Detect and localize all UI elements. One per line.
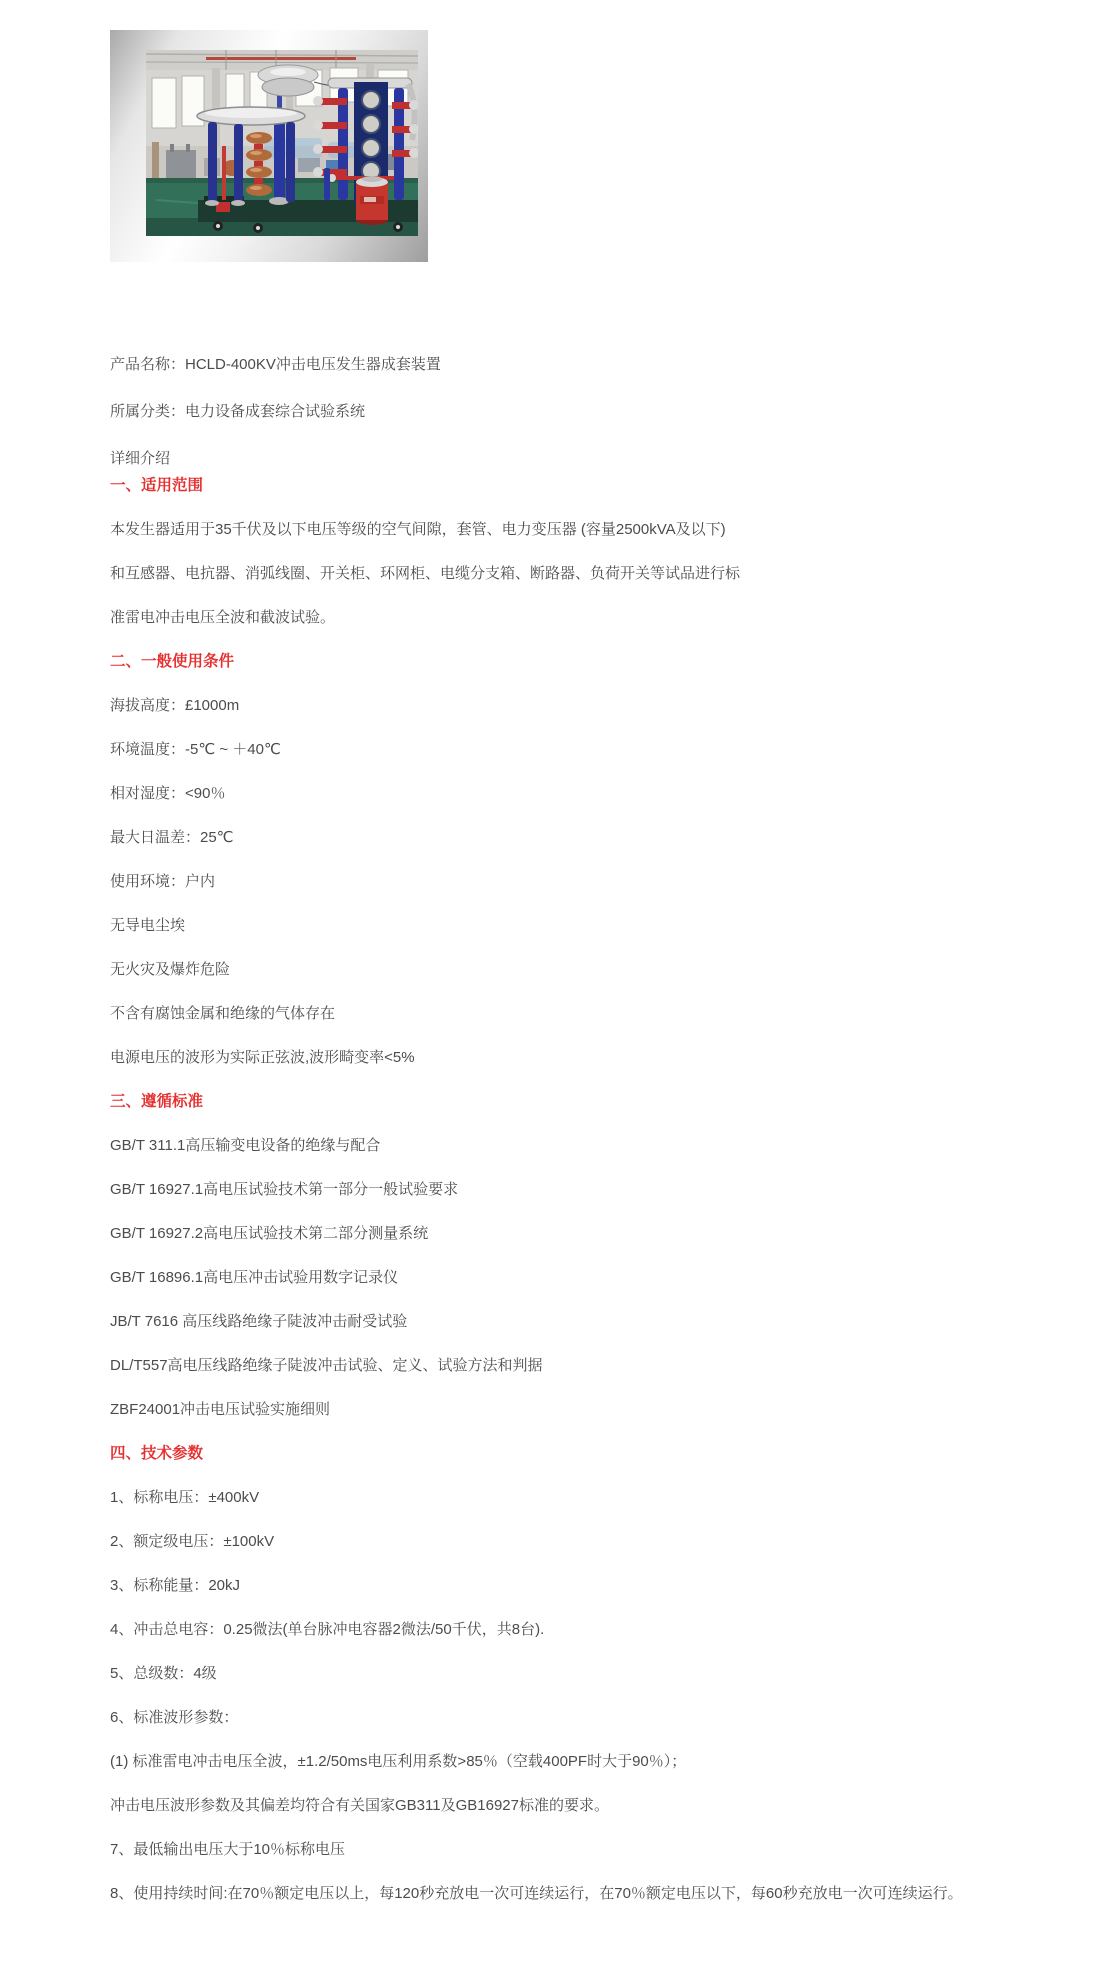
paragraph: JB/T 7616 高压线路绝缘子陡波冲击耐受试验 [110, 1313, 1119, 1331]
paragraph: GB/T 311.1高压输变电设备的绝缘与配合 [110, 1137, 1119, 1155]
paragraph: 5、总级数：4级 [110, 1665, 1119, 1683]
paragraph: (1) 标准雷电冲击电压全波，±1.2/50ms电压利用系数>85％（空载400… [110, 1753, 1119, 1771]
paragraph: 1、标称电压：±400kV [110, 1489, 1119, 1507]
paragraph: 7、最低输出电压大于10％标称电压 [110, 1841, 1119, 1859]
paragraph: 6、标准波形参数： [110, 1709, 1119, 1727]
section-standards: 三、遵循标准 GB/T 311.1高压输变电设备的绝缘与配合 GB/T 1692… [110, 1093, 1119, 1419]
product-detail-page: 产品名称：HCLD-400KV冲击电压发生器成套装置 所属分类：电力设备成套综合… [0, 0, 1119, 1982]
section-title: 一、适用范围 [110, 477, 1119, 495]
paragraph: 最大日温差：25℃ [110, 829, 1119, 847]
section-parameters: 四、技术参数 1、标称电压：±400kV 2、额定级电压：±100kV 3、标称… [110, 1445, 1119, 1903]
paragraph: 3、标称能量：20kJ [110, 1577, 1119, 1595]
paragraph: 环境温度：-5℃ ~ ＋40℃ [110, 741, 1119, 759]
paragraph: 4、冲击总电容：0.25微法(单台脉冲电容器2微法/50千伏，共8台). [110, 1621, 1119, 1639]
paragraph: 电源电压的波形为实际正弦波,波形畸变率<5% [110, 1049, 1119, 1067]
paragraph: DL/T557高电压线路绝缘子陡波冲击试验、定义、试验方法和判据 [110, 1357, 1119, 1375]
category-line: 所属分类：电力设备成套综合试验系统 [110, 403, 1119, 421]
paragraph: 准雷电冲击电压全波和截波试验。 [110, 609, 1119, 627]
product-name-line: 产品名称：HCLD-400KV冲击电压发生器成套装置 [110, 356, 1119, 374]
section-title: 四、技术参数 [110, 1445, 1119, 1463]
product-photo [146, 50, 418, 236]
paragraph: GB/T 16927.1高电压试验技术第一部分一般试验要求 [110, 1181, 1119, 1199]
paragraph: 相对湿度：<90％ [110, 785, 1119, 803]
paragraph: 8、使用持续时间:在70％额定电压以上，每120秒充放电一次可连续运行，在70％… [110, 1885, 1119, 1903]
paragraph: 海拔高度：£1000m [110, 697, 1119, 715]
paragraph: ZBF24001冲击电压试验实施细则 [110, 1401, 1119, 1419]
paragraph: 冲击电压波形参数及其偏差均符合有关国家GB311及GB16927标准的要求。 [110, 1797, 1119, 1815]
detail-intro-label: 详细介绍 [110, 450, 1119, 468]
paragraph: 无导电尘埃 [110, 917, 1119, 935]
section-conditions: 二、一般使用条件 海拔高度：£1000m 环境温度：-5℃ ~ ＋40℃ 相对湿… [110, 653, 1119, 1067]
section-title: 二、一般使用条件 [110, 653, 1119, 671]
paragraph: 不含有腐蚀金属和绝缘的气体存在 [110, 1005, 1119, 1023]
product-photo-frame [110, 30, 428, 262]
paragraph: 无火灾及爆炸危险 [110, 961, 1119, 979]
paragraph: GB/T 16896.1高电压冲击试验用数字记录仪 [110, 1269, 1119, 1287]
paragraph: 使用环境：户内 [110, 873, 1119, 891]
paragraph: 本发生器适用于35千伏及以下电压等级的空气间隙，套管、电力变压器 (容量2500… [110, 521, 1119, 539]
section-scope: 一、适用范围 本发生器适用于35千伏及以下电压等级的空气间隙，套管、电力变压器 … [110, 477, 1119, 627]
paragraph: 和互感器、电抗器、消弧线圈、开关柜、环网柜、电缆分支箱、断路器、负荷开关等试品进… [110, 565, 1119, 583]
paragraph: 2、额定级电压：±100kV [110, 1533, 1119, 1551]
section-title: 三、遵循标准 [110, 1093, 1119, 1111]
paragraph: GB/T 16927.2高电压试验技术第二部分测量系统 [110, 1225, 1119, 1243]
